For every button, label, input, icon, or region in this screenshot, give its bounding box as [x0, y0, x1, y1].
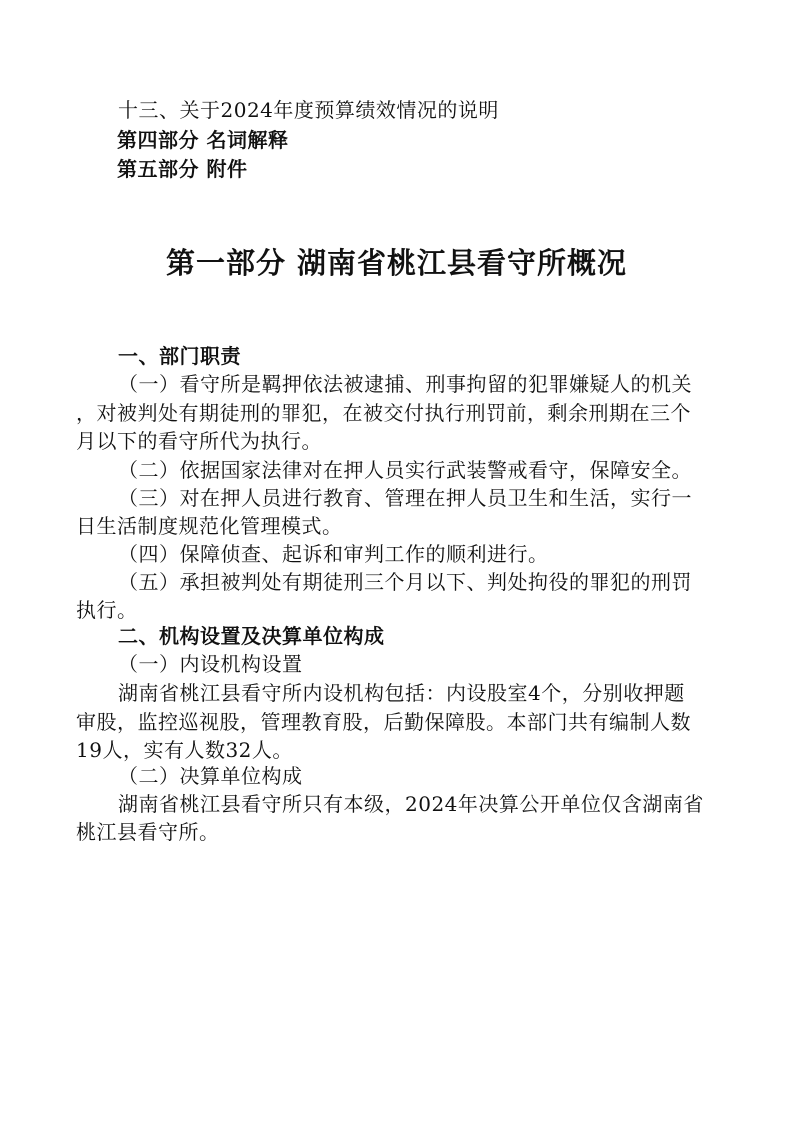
duty-line-6: 日生活制度规范化管理模式。	[76, 512, 343, 540]
subsection-heading-units: （二）决算单位构成	[118, 762, 303, 790]
duty-line-4: （二）依据国家法律对在押人员实行武装警戒看守，保障安全。	[118, 456, 692, 484]
duty-line-9: 执行。	[76, 596, 138, 624]
duty-line-1: （一）看守所是羁押依法被逮捕、刑事拘留的犯罪嫌疑人的机关	[118, 370, 692, 398]
page-title: 第一部分 湖南省桃江县看守所概况	[0, 243, 793, 283]
internal-line-3: 19人，实有人数32人。	[76, 736, 293, 764]
internal-line-2: 审股，监控巡视股，管理教育股，后勤保障股。本部门共有编制人数	[76, 708, 691, 736]
section-heading-structure: 二、机构设置及决算单位构成	[118, 622, 385, 650]
section-heading-duties: 一、部门职责	[118, 342, 241, 370]
internal-line-1: 湖南省桃江县看守所内设机构包括：内设股室4个，分别收押题	[118, 679, 685, 707]
toc-part-4: 第四部分 名词解释	[117, 126, 288, 154]
duty-line-2: ，对被判处有期徒刑的罪犯，在被交付执行刑罚前，剩余刑期在三个	[76, 399, 691, 427]
subsection-heading-internal: （一）内设机构设置	[118, 650, 303, 678]
duty-line-5: （三）对在押人员进行教育、管理在押人员卫生和生活，实行一	[118, 484, 692, 512]
units-line-2: 桃江县看守所。	[76, 818, 220, 846]
units-line-1: 湖南省桃江县看守所只有本级，2024年决算公开单位仅含湖南省	[118, 790, 704, 818]
duty-line-7: （四）保障侦查、起诉和审判工作的顺利进行。	[118, 540, 549, 568]
duty-line-8: （五）承担被判处有期徒刑三个月以下、判处拘役的罪犯的刑罚	[118, 568, 692, 596]
duty-line-3: 月以下的看守所代为执行。	[76, 427, 322, 455]
toc-part-5: 第五部分 附件	[117, 155, 247, 183]
toc-item-13: 十三、关于2024年度预算绩效情况的说明	[118, 96, 499, 124]
